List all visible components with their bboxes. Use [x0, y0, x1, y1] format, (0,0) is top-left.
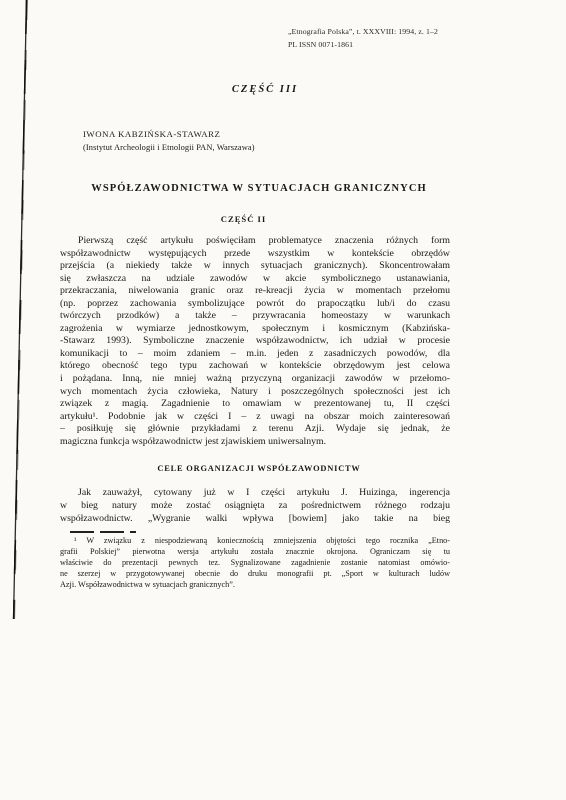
- article-subtitle: CZĘŚĆ II: [0, 214, 487, 224]
- text-line: Azji. Współzawodnictwa w sytuacjach gran…: [60, 580, 450, 591]
- text-line: współzawodnictw występujących przede wsz…: [60, 248, 450, 261]
- journal-citation: „Etnografia Polska”, t. XXXVIII: 1994, z…: [288, 26, 438, 39]
- author-affiliation: (Instytut Archeologii i Etnologii PAN, W…: [83, 141, 255, 155]
- text-line: artykułu¹. Podobnie jak w części I – z u…: [60, 411, 450, 424]
- text-line: Pierwszą część artykułu poświęciłam prob…: [60, 235, 450, 248]
- section-heading: CELE ORGANIZACJI WSPÓŁZAWODNICTW: [0, 464, 518, 473]
- author-block: IWONA KABZIŃSKA-STAWARZ (Instytut Archeo…: [83, 127, 255, 155]
- text-line: właściwie do prezentacji pewnych tez. Sy…: [60, 558, 450, 569]
- text-line: się zwłaszcza na udziale zawodów w akcie…: [60, 273, 450, 286]
- journal-page: „Etnografia Polska”, t. XXXVIII: 1994, z…: [0, 0, 566, 800]
- footnote-separator: [70, 531, 136, 533]
- footnote-1: ¹ W związku z niespodziewaną koniecznośc…: [60, 536, 450, 591]
- text-line: ¹ W związku z niespodziewaną koniecznośc…: [60, 536, 450, 547]
- text-line: przekraczania, niwelowania granic oraz r…: [60, 285, 450, 298]
- journal-issn: PL ISSN 0071-1861: [288, 39, 438, 52]
- text-line: – posiłkuję się głównie przykładami z te…: [60, 423, 450, 436]
- part-heading: CZĘŚĆ III: [0, 84, 530, 95]
- text-line: przejścia (a niekiedy także w innych syt…: [60, 260, 450, 273]
- text-line: komunikacji to – moim zdaniem – m.in. je…: [60, 348, 450, 361]
- text-line: współzawodnictw. „Wygranie walki wpływa …: [60, 512, 450, 525]
- text-line: którego obecność tego typu zachowań w ko…: [60, 360, 450, 373]
- text-line: w bieg natury może zostać osiągnięta za …: [60, 499, 450, 512]
- author-name: IWONA KABZIŃSKA-STAWARZ: [83, 127, 255, 141]
- paragraph-1: Pierwszą część artykułu poświęciłam prob…: [60, 235, 450, 448]
- text-line: magiczna funkcja współzawodnictw jest zj…: [60, 436, 450, 449]
- text-line: (np. poprzez zachowania symbolizujące po…: [60, 298, 450, 311]
- article-title: WSPÓŁZAWODNICTWA W SYTUACJACH GRANICZNYC…: [0, 183, 518, 194]
- text-line: grafii Polskiej” pierwotna wersja artyku…: [60, 547, 450, 558]
- text-line: Jak zauważył, cytowany już w I części ar…: [60, 486, 450, 499]
- journal-reference: „Etnografia Polska”, t. XXXVIII: 1994, z…: [288, 26, 438, 51]
- text-line: ne szerzej w przygotowywanej obecnie do …: [60, 569, 450, 580]
- text-line: twórczych przodków) a także – przywracan…: [60, 310, 450, 323]
- text-line: -Stawarz 1993). Symboliczne znaczenie ws…: [60, 335, 450, 348]
- text-line: wych momentach życia człowieka, Natury i…: [60, 386, 450, 399]
- text-line: zagrożenia w wymiarze jednostkowym, społ…: [60, 323, 450, 336]
- text-line: związek z magią. Zagadnienie to omawiam …: [60, 398, 450, 411]
- paragraph-2: Jak zauważył, cytowany już w I części ar…: [60, 486, 450, 525]
- text-line: i pożądana. Inną, nie mniej ważną przycz…: [60, 373, 450, 386]
